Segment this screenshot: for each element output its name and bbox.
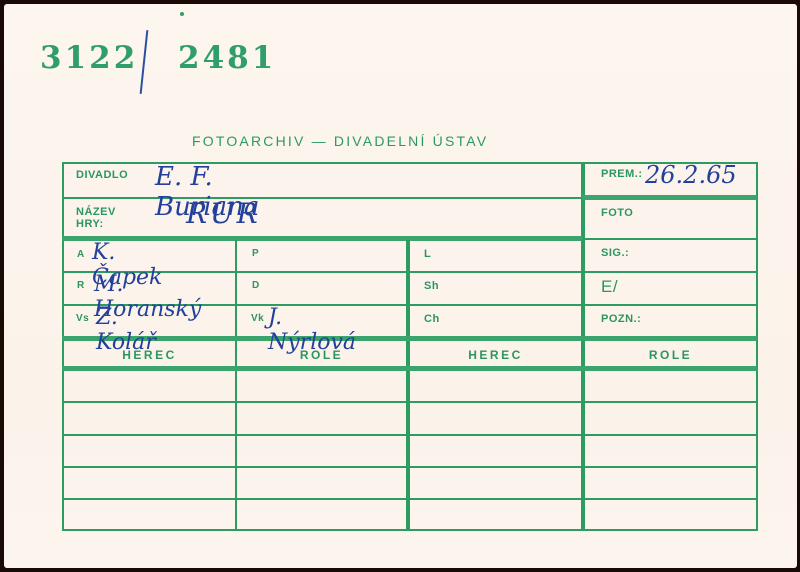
cast-cell-role[interactable]: [585, 371, 756, 401]
ink-speck: [180, 12, 184, 16]
value-prem[interactable]: 26.2.65: [645, 161, 737, 189]
value-nazev-hry[interactable]: RUR: [186, 197, 261, 230]
inventory-number-right: 2481: [178, 40, 276, 76]
inventory-number-left: 3122: [40, 40, 138, 76]
label-a: A: [77, 249, 85, 260]
label-r: R: [77, 280, 85, 291]
border-bottom: [62, 529, 758, 531]
table-row-line: [62, 466, 757, 468]
label-foto: FOTO: [601, 207, 633, 219]
line-divadlo: [62, 197, 582, 199]
label-divadlo: DIVADLO: [76, 169, 128, 181]
column-header-role-2: ROLE: [585, 348, 756, 362]
label-e: E/: [601, 277, 618, 297]
line-foto: [582, 238, 757, 240]
border-left: [62, 162, 64, 530]
label-prem: PREM.:: [601, 168, 643, 180]
label-vs: Vs: [76, 313, 89, 324]
label-d: D: [252, 280, 260, 291]
column-header-role-1: ROLE: [237, 348, 406, 362]
line-prem: [582, 195, 757, 200]
cast-cell-herec[interactable]: [64, 371, 235, 401]
label-nazev-hry: NÁZEV HRY:: [76, 206, 116, 230]
label-l: L: [424, 248, 431, 260]
divider-right-column: [581, 162, 585, 530]
border-right: [756, 162, 758, 531]
table-row-line: [62, 434, 757, 436]
line-section: [62, 336, 757, 341]
label-sh: Sh: [424, 280, 439, 292]
label-p: P: [252, 248, 259, 259]
card-title: FOTOARCHIV — DIVADELNÍ ÚSTAV: [192, 133, 488, 149]
table-row-line: [62, 401, 757, 403]
label-ch: Ch: [424, 313, 440, 325]
label-pozn: POZN.:: [601, 313, 641, 325]
cast-cell-herec[interactable]: [410, 371, 581, 401]
label-sig: SIG.:: [601, 247, 629, 259]
line-e: [582, 304, 757, 306]
line-sig: [582, 271, 757, 273]
table-row-line: [62, 498, 757, 500]
label-vk: Vk: [251, 313, 264, 324]
column-header-herec-2: HEREC: [410, 348, 581, 362]
column-header-herec-1: HEREC: [64, 348, 235, 362]
cast-cell-role[interactable]: [237, 371, 406, 401]
